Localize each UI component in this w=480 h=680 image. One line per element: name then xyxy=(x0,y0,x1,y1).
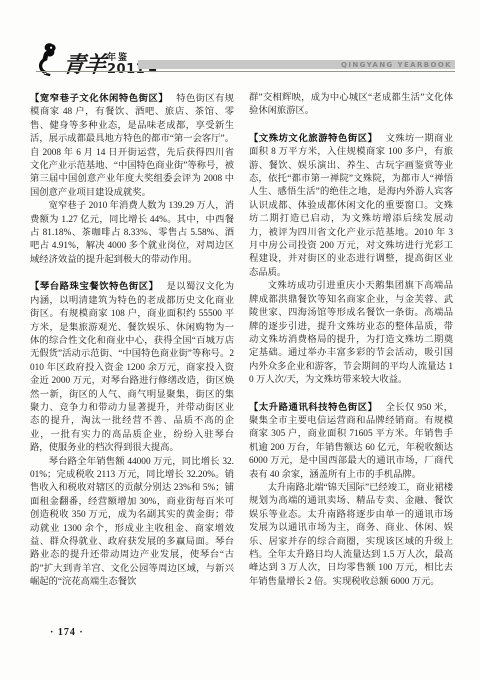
paragraph-text: 宽窄巷子 2010 年消费人数为 139.29 万人，消费额为 1.27 亿元，… xyxy=(30,201,234,265)
paragraph-text: 文殊坊成功引进重庆小天鹅集团旗下高端品牌成都洪鼎餐饮等知名商家企业，与金芙蓉、武… xyxy=(249,281,453,385)
header-english-title: QINGYANG YEARBOOK xyxy=(341,61,452,69)
paragraph-text: 全长仅 950 米，聚集全市主要电信运营商和品牌经销商。有规模商家 305 户，… xyxy=(249,403,453,480)
section-heading-kuanzhai: 【宽窄巷子文化休闲特色街区】 xyxy=(30,93,168,103)
paragraph-text: 太升南路北端“锦天国际”已经竣工，商业裙楼规划为高端的通讯卖场、精品专卖、金融、… xyxy=(249,483,453,587)
left-column: 【宽窄巷子文化休闲特色街区】特色街区有规模商家 48 户，有餐饮、酒吧、旅店、茶… xyxy=(30,92,234,626)
paragraph-qintai-continuation: 群”交相辉映，成为中心城区“老成都生活”文化体验休闲旅游区。 xyxy=(249,92,453,119)
section-heading-taisheng: 【太升路通讯科技特色街区】 xyxy=(249,402,378,412)
section-heading-wenshufang: 【文殊坊文化旅游特色街区】 xyxy=(249,133,378,143)
paragraph-wenshufang-detail: 文殊坊成功引进重庆小天鹅集团旗下高端品牌成都洪鼎餐饮等知名商家企业，与金芙蓉、武… xyxy=(249,280,453,387)
right-column: 群”交相辉映，成为中心城区“老成都生活”文化体验休闲旅游区。 【文殊坊文化旅游特… xyxy=(249,92,453,626)
paragraph-text: 群”交相辉映，成为中心城区“老成都生活”文化体验休闲旅游区。 xyxy=(249,93,453,116)
header-banner-bar: QINGYANG YEARBOOK xyxy=(138,60,455,69)
paragraph-taisheng-detail: 太升南路北端“锦天国际”已经竣工，商业裙楼规划为高端的通讯卖场、精品专卖、金融、… xyxy=(249,482,453,589)
paragraph-kuanzhai-head: 【宽窄巷子文化休闲特色街区】特色街区有规模商家 48 户，有餐饮、酒吧、旅店、茶… xyxy=(30,92,234,200)
logo-title-qingyang: 青羊 xyxy=(62,54,107,78)
page-body: 【宽窄巷子文化休闲特色街区】特色街区有规模商家 48 户，有餐饮、酒吧、旅店、茶… xyxy=(30,92,453,626)
yearbook-page: 青羊 年鉴 2011 ■ QINGYANG YEARBOOK 【宽窄巷子文化休闲… xyxy=(0,0,480,680)
paragraph-taisheng-head: 【太升路通讯科技特色街区】全长仅 950 米，聚集全市主要电信运营商和品牌经销商… xyxy=(249,401,453,482)
goat-mascot-icon xyxy=(36,42,62,78)
paragraph-qintai-head: 【琴台路珠宝餐饮特色街区】是以蜀汉文化为内涵，以明清建筑为特色的老成都历史文化商… xyxy=(30,280,234,455)
paragraph-kuanzhai-stats: 宽窄巷子 2010 年消费人数为 139.29 万人，消费额为 1.27 亿元，… xyxy=(30,200,234,267)
paragraph-text: 是以蜀汉文化为内涵，以明清建筑为特色的老成都历史文化商业街区。有规模商家 108… xyxy=(30,282,234,453)
paragraph-text: 文殊坊一期商业面积 8 万平方米，入住规模商家 100 多户，有旅游、餐饮、娱乐… xyxy=(249,134,453,278)
header-rule xyxy=(36,71,455,72)
paragraph-qintai-stats: 琴台路全年销售额 44000 万元，同比增长 32.01%；完成税收 2113 … xyxy=(30,456,234,590)
paragraph-text: 琴台路全年销售额 44000 万元，同比增长 32.01%；完成税收 2113 … xyxy=(30,457,234,588)
page-number: · 174 · xyxy=(50,627,84,638)
paragraph-text: 特色街区有规模商家 48 户，有餐饮、酒吧、旅店、茶馆、零售、健身等多种业态，是… xyxy=(30,94,234,198)
section-heading-qintai: 【琴台路珠宝餐饮特色街区】 xyxy=(30,281,159,291)
paragraph-wenshufang-head: 【文殊坊文化旅游特色街区】文殊坊一期商业面积 8 万平方米，入住规模商家 100… xyxy=(249,132,453,280)
page-header: 青羊 年鉴 2011 ■ QINGYANG YEARBOOK xyxy=(36,42,455,78)
